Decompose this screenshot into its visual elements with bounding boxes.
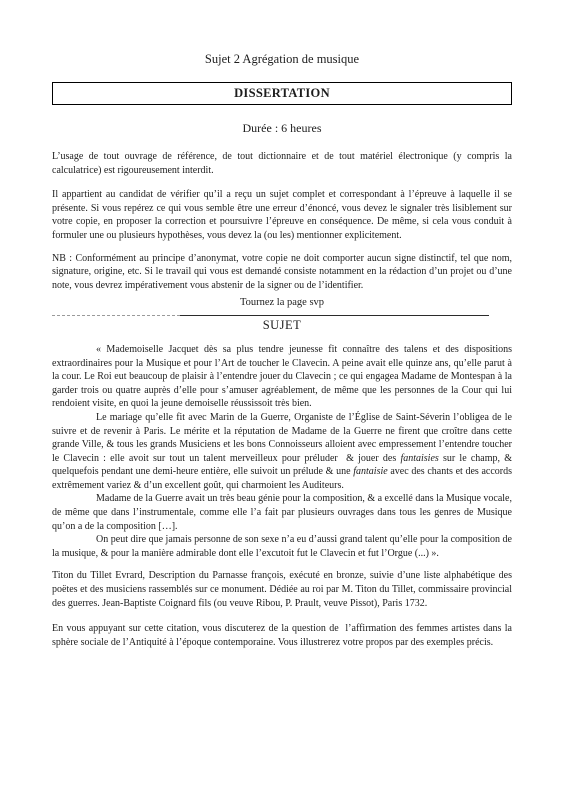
section-divider bbox=[52, 315, 489, 317]
quote-paragraph-talent: On peut dire que jamais personne de son … bbox=[52, 533, 512, 560]
rules-paragraph-anonymity: NB : Conformément au principe d’anonymat… bbox=[52, 252, 512, 293]
quote-paragraph-mariage: Le mariage qu’elle fit avec Marin de la … bbox=[52, 411, 512, 493]
subject-heading: SUJET bbox=[52, 318, 512, 333]
page-title: Sujet 2 Agrégation de musique bbox=[52, 52, 512, 67]
quote-paragraph-jacquet: « Mademoiselle Jacquet dès sa plus tendr… bbox=[52, 343, 512, 411]
rules-paragraph-materials: L’usage de tout ouvrage de référence, de… bbox=[52, 150, 512, 177]
divider-dashed-segment bbox=[52, 315, 180, 316]
rules-paragraph-verification: Il appartient au candidat de vérifier qu… bbox=[52, 188, 512, 242]
exam-document-page: Sujet 2 Agrégation de musique DISSERTATI… bbox=[0, 0, 566, 800]
turn-page-note: Tournez la page svp bbox=[52, 296, 512, 310]
duration-text: Durée : 6 heures bbox=[52, 121, 512, 136]
dissertation-label: DISSERTATION bbox=[234, 87, 330, 101]
divider-solid-segment bbox=[180, 315, 489, 316]
quote-paragraph-genie: Madame de la Guerre avait un très beau g… bbox=[52, 492, 512, 533]
source-reference: Titon du Tillet Evrard, Description du P… bbox=[52, 569, 512, 610]
dissertation-box: DISSERTATION bbox=[52, 82, 512, 105]
essay-prompt: En vous appuyant sur cette citation, vou… bbox=[52, 622, 512, 649]
